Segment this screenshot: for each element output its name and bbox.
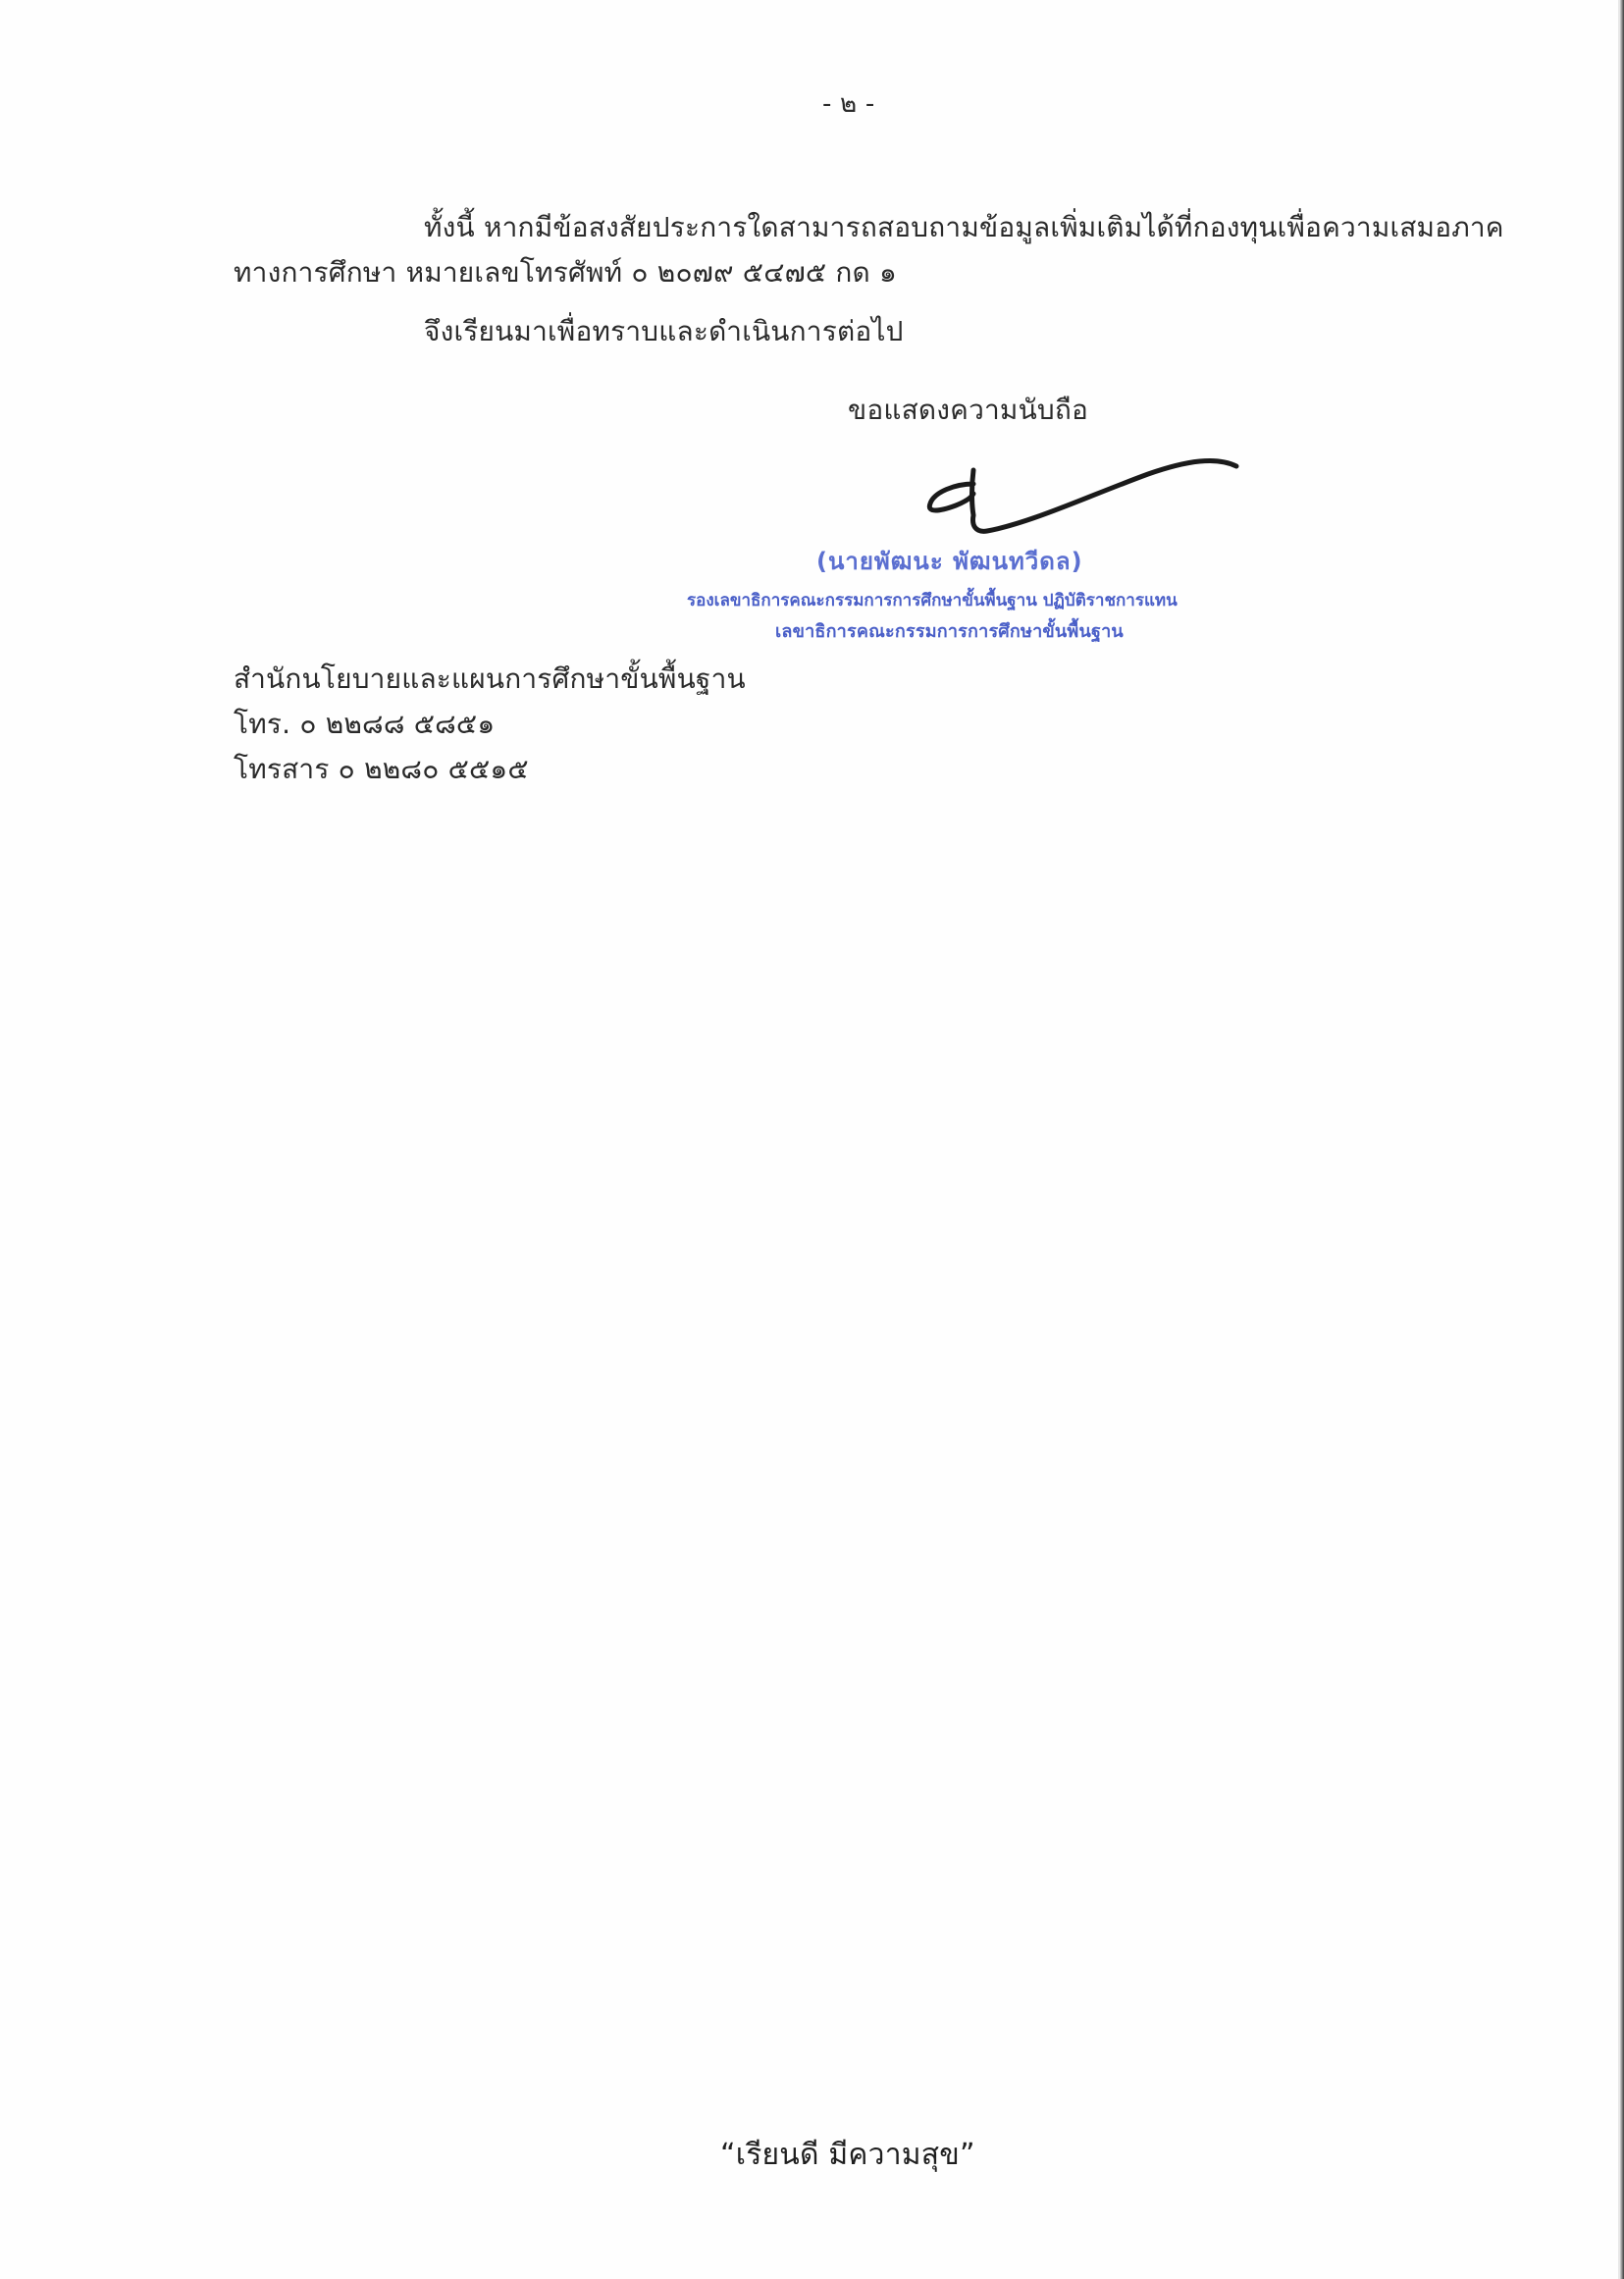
paragraph-request: จึงเรียนมาเพื่อทราบและดำเนินการต่อไป (424, 312, 904, 351)
signatory-name-stamp: (นายพัฒนะ พัฒนทวีดล) (816, 542, 1083, 581)
footer-office-name: สำนักนโยบายและแผนการศึกษาขั้นพื้นฐาน (234, 660, 746, 699)
signatory-title-stamp-line2: เลขาธิการคณะกรรมการการศึกษาขั้นพื้นฐาน (775, 612, 1124, 652)
footer-phone: โทร. ๐ ๒๒๘๘ ๕๘๕๑ (234, 705, 495, 744)
document-page: - ๒ - ทั้งนี้ หากมีข้อสงสัยประการใดสามาร… (0, 0, 1624, 2279)
footer-fax: โทรสาร ๐ ๒๒๘๐ ๕๕๑๕ (234, 750, 529, 789)
handwritten-signature (913, 447, 1246, 545)
motto-slogan: “เรียนดี มีความสุข” (720, 2136, 975, 2175)
paragraph-inquiry-line1: ทั้งนี้ หากมีข้อสงสัยประการใดสามารถสอบถา… (424, 208, 1504, 247)
paragraph-inquiry-line2: ทางการศึกษา หมายเลขโทรศัพท์ ๐ ๒๐๗๙ ๕๔๗๕ … (234, 253, 897, 292)
scan-edge-shadow (1620, 0, 1624, 2279)
page-number: - ๒ - (822, 84, 874, 124)
closing-salutation: ขอแสดงความนับถือ (848, 391, 1088, 430)
